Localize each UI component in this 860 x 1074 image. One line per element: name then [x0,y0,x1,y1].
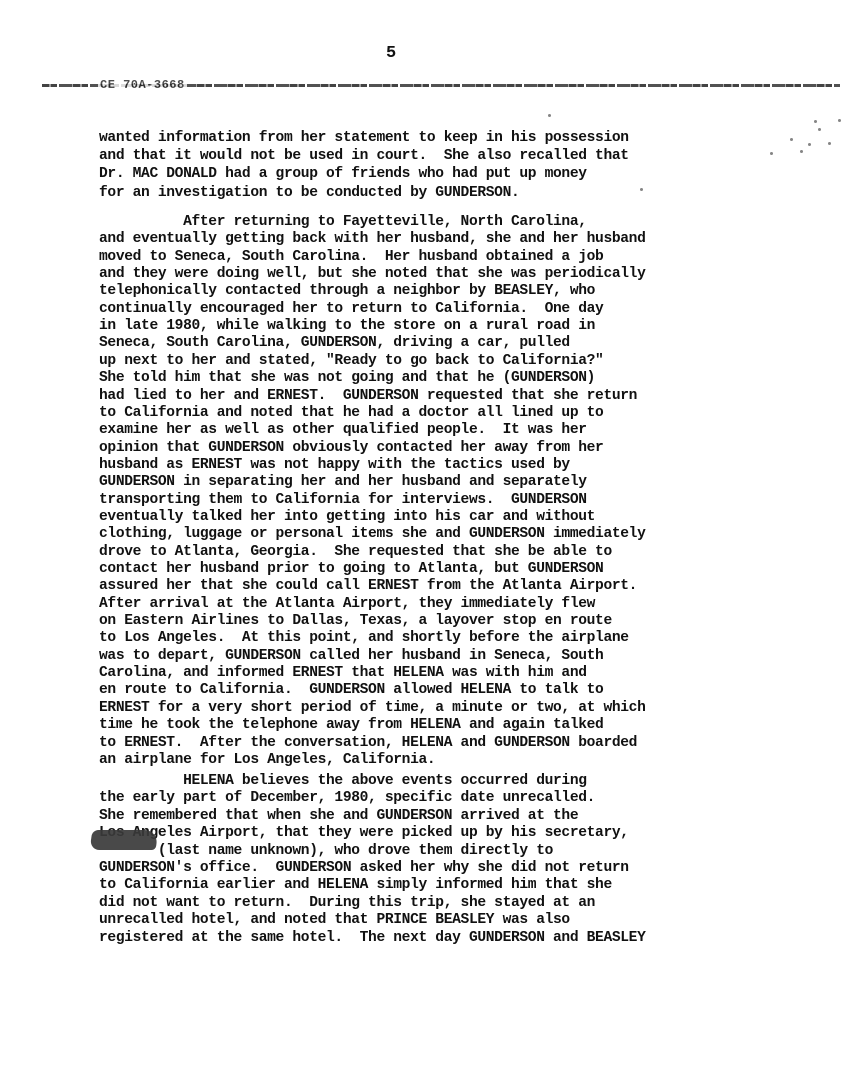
text-line: had lied to her and ERNEST. GUNDERSON re… [99,388,637,405]
text-line: telephonically contacted through a neigh… [99,283,595,300]
text-line: GUNDERSON's office. GUNDERSON asked her … [99,860,629,877]
text-line: to California and noted that he had a do… [99,405,603,422]
text-line: to ERNEST. After the conversation, HELEN… [99,735,637,752]
text-line: and eventually getting back with her hus… [99,231,646,248]
scan-speck [548,114,551,117]
text-line: GUNDERSON in separating her and her husb… [99,474,587,491]
text-line: Seneca, South Carolina, GUNDERSON, drivi… [99,335,570,352]
scan-speck [800,150,803,153]
text-line: drove to Atlanta, Georgia. She requested… [99,544,612,561]
text-line: was to depart, GUNDERSON called her husb… [99,648,603,665]
text-line: and they were doing well, but she noted … [99,266,646,283]
text-line: After returning to Fayetteville, North C… [99,214,587,231]
text-line: and that it would not be used in court. … [99,148,629,165]
text-line: an airplane for Los Angeles, California. [99,752,435,769]
text-line: assured her that she could call ERNEST f… [99,578,637,595]
scan-speck [808,143,811,146]
text-line: eventually talked her into getting into … [99,509,595,526]
scan-speck [838,119,841,122]
text-line: continually encouraged her to return to … [99,301,603,318]
text-line: wanted information from her statement to… [99,130,629,147]
text-line: up next to her and stated, "Ready to go … [99,353,603,370]
scan-speck [790,138,793,141]
text-line: time he took the telephone away from HEL… [99,717,603,734]
text-line: en route to California. GUNDERSON allowe… [99,682,603,699]
text-line: for an investigation to be conducted by … [99,185,519,202]
text-line: examine her as well as other qualified p… [99,422,587,439]
text-line: HELENA believes the above events occurre… [99,773,587,790]
scan-speck [640,188,643,191]
text-line: She told him that she was not going and … [99,370,595,387]
text-line: Carolina, and informed ERNEST that HELEN… [99,665,587,682]
document-page: 5 CE 70A-3668 wanted information from he… [0,0,860,1074]
text-line: in late 1980, while walking to the store… [99,318,595,335]
scan-speck [770,152,773,155]
text-line: husband as ERNEST was not happy with the… [99,457,570,474]
text-line: to Los Angeles. At this point, and short… [99,630,629,647]
page-number: 5 [386,44,396,63]
text-line: opinion that GUNDERSON obviously contact… [99,440,603,457]
text-line: (last name unknown), who drove them dire… [99,843,553,860]
scan-speck [818,128,821,131]
scan-speck [828,142,831,145]
text-line: Dr. MAC DONALD had a group of friends wh… [99,166,587,183]
text-line: on Eastern Airlines to Dallas, Texas, a … [99,613,612,630]
text-line: transporting them to California for inte… [99,492,587,509]
redaction-block [90,830,159,850]
text-line: After arrival at the Atlanta Airport, th… [99,596,595,613]
text-line: clothing, luggage or personal items she … [99,526,646,543]
text-line: to California earlier and HELENA simply … [99,877,612,894]
text-line: moved to Seneca, South Carolina. Her hus… [99,249,603,266]
text-line: unrecalled hotel, and noted that PRINCE … [99,912,570,929]
text-line: registered at the same hotel. The next d… [99,930,646,947]
file-number: CE 70A-3668 [98,78,187,92]
text-line: Los Angeles Airport, that they were pick… [99,825,629,842]
text-line: ERNEST for a very short period of time, … [99,700,646,717]
text-line: She remembered that when she and GUNDERS… [99,808,578,825]
text-line: did not want to return. During this trip… [99,895,595,912]
text-line: the early part of December, 1980, specif… [99,790,595,807]
scan-speck [814,120,817,123]
text-line: contact her husband prior to going to At… [99,561,603,578]
